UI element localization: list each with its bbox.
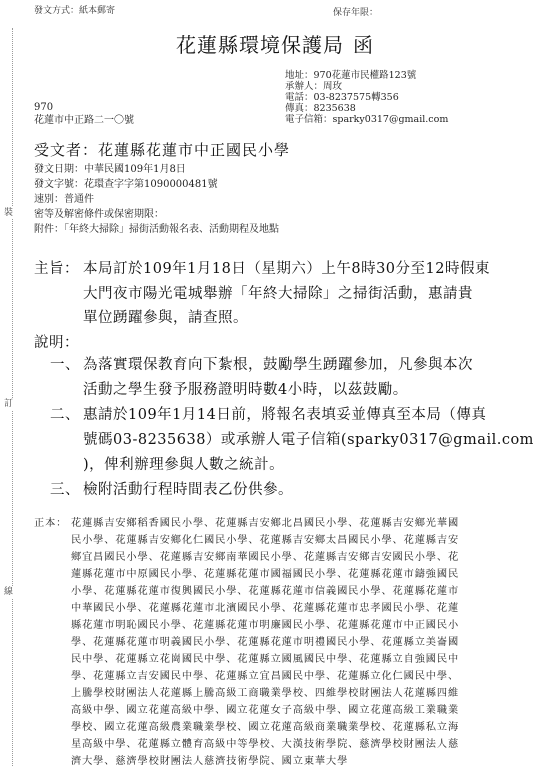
subject-label: 主旨： [34, 257, 79, 278]
cc-line: 小學、花蓮縣花蓮市復興國民小學、花蓮縣花蓮市信義國民小學、花蓮縣花蓮市 [71, 582, 459, 597]
cc-label: 正本： [34, 514, 67, 529]
explanation-item-1-num: 一、 [50, 353, 80, 374]
explanation-item-2-line-3: )，俾利辦理參與人數之統計。 [83, 453, 284, 474]
street-address: 花蓮市中正路二一〇號 [34, 114, 134, 127]
explanation-item-2-line-2: 號碼03-8235638）或承辦人電子信箱(sparky0317@gmail.c… [83, 428, 534, 449]
explanation-item-3-num: 三、 [50, 478, 80, 499]
cc-line: 上騰學校財團法人花蓮縣上騰高級工商職業學校、四維學校財團法人花蓮縣四維 [71, 684, 459, 699]
cc-line: 高級中學、國立花蓮高級中學、國立花蓮女子高級中學、國立花蓮高級工業職業 [71, 701, 459, 716]
subject-line-1: 本局訂於109年1月18日（星期六）上午8時30分至12時假東 [83, 257, 490, 278]
cc-line: 星高級中學、花蓮縣立體育高級中等學校、大漢技術學院、慈濟學校財團法人慈 [71, 735, 459, 750]
explanation-item-2-num: 二、 [50, 403, 80, 424]
attachment: 附件：「年終大掃除」掃街活動報名表、活動期程及地點 [34, 222, 279, 237]
sender-email: 電子信箱：sparky0317@gmail.com [285, 114, 448, 125]
cc-line: 花蓮縣吉安鄉稻香國民小學、花蓮縣吉安鄉北昌國民小學、花蓮縣吉安鄉光華國 [71, 514, 459, 529]
sender-phone: 電話：03-8237575轉356 [285, 92, 448, 103]
issue-date: 發文日期：中華民國109年1月8日 [34, 162, 279, 177]
delivery-method: 發文方式：紙本郵寄 [34, 3, 115, 16]
subject-line-3: 單位踴躍參與，請查照。 [83, 306, 248, 327]
cc-line: 民中學、花蓮縣立花崗國民中學、花蓮縣立國風國民中學、花蓮縣立自強國民中 [71, 650, 459, 665]
binding-line [12, 28, 13, 766]
cc-line: 縣花蓮市明恥國民小學、花蓮縣花蓮市明廉國民小學、花蓮縣花蓮市中正國民小 [71, 616, 459, 631]
explanation-item-3-line-1: 檢附活動行程時間表乙份供參。 [83, 478, 293, 499]
sender-contact: 地址：970花蓮市民權路123號 承辦人：周玫 電話：03-8237575轉35… [285, 70, 448, 125]
cc-line: 學、花蓮縣立吉安國民中學、花蓮縣立宜昌國民中學、花蓮縣立化仁國民中學、 [71, 667, 459, 682]
subject-line-2: 大門夜市陽光電城舉辦「年終大掃除」之掃街活動，惠請貴 [83, 282, 473, 303]
recipient: 受文者：花蓮縣花蓮市中正國民小學 [34, 139, 290, 160]
cc-line: 學、花蓮縣花蓮市明義國民小學、花蓮縣花蓮市明禮國民小學、花蓮縣立美崙國 [71, 633, 459, 648]
recipient-address: 970 花蓮市中正路二一〇號 [34, 101, 134, 127]
explanation-item-2-line-1: 惠請於109年1月14日前，將報名表填妥並傳真至本局（傳真 [83, 403, 486, 424]
doc-meta: 發文日期：中華民國109年1月8日 發文字號：花環查字字第1090000481號… [34, 162, 279, 237]
classification: 密等及解密條件或保密期限： [34, 207, 279, 222]
doc-type: 函 [353, 29, 374, 58]
cc-line: 民小學、花蓮縣吉安鄉化仁國民小學、花蓮縣吉安鄉太昌國民小學、花蓮縣吉安 [71, 531, 459, 546]
sender-address: 地址：970花蓮市民權路123號 [285, 70, 448, 81]
agency-title: 花蓮縣環境保護局 [176, 29, 344, 58]
urgency: 速別：普通件 [34, 192, 279, 207]
explanation-label: 說明： [34, 331, 79, 352]
sender-handler: 承辦人：周玫 [285, 81, 448, 92]
cc-line: 學校、國立花蓮高級農業職業學校、國立花蓮高級商業職業學校、花蓮縣私立海 [71, 718, 459, 733]
binding-mark-xian: 線 [4, 586, 13, 598]
doc-number: 發文字號：花環查字字第1090000481號 [34, 177, 279, 192]
cc-line: 濟大學、慈濟學校財團法人慈濟技術學院、國立東華大學 [71, 752, 348, 766]
explanation-item-1-line-1: 為落實環保教育向下紮根，鼓勵學生踴躍參加，凡參與本次 [83, 353, 473, 374]
cc-line: 蓮縣花蓮市中原國民小學、花蓮縣花蓮市國福國民小學、花蓮縣花蓮市鑄強國民 [71, 565, 459, 580]
postal-code: 970 [34, 101, 134, 114]
sender-fax: 傳真：8235638 [285, 103, 448, 114]
binding-mark-zhuang: 裝 [4, 207, 13, 219]
explanation-item-1-line-2: 活動之學生發予服務證明時數4小時，以茲鼓勵。 [83, 378, 408, 399]
cc-line: 鄉宜昌國民小學、花蓮縣吉安鄉南華國民小學、花蓮縣吉安鄉吉安國民小學、花 [71, 548, 459, 563]
retention-period: 保存年限： [333, 5, 378, 18]
binding-mark-ding: 訂 [4, 398, 13, 410]
cc-line: 中華國民小學、花蓮縣花蓮市北濱國民小學、花蓮縣花蓮市忠孝國民小學、花蓮 [71, 599, 459, 614]
